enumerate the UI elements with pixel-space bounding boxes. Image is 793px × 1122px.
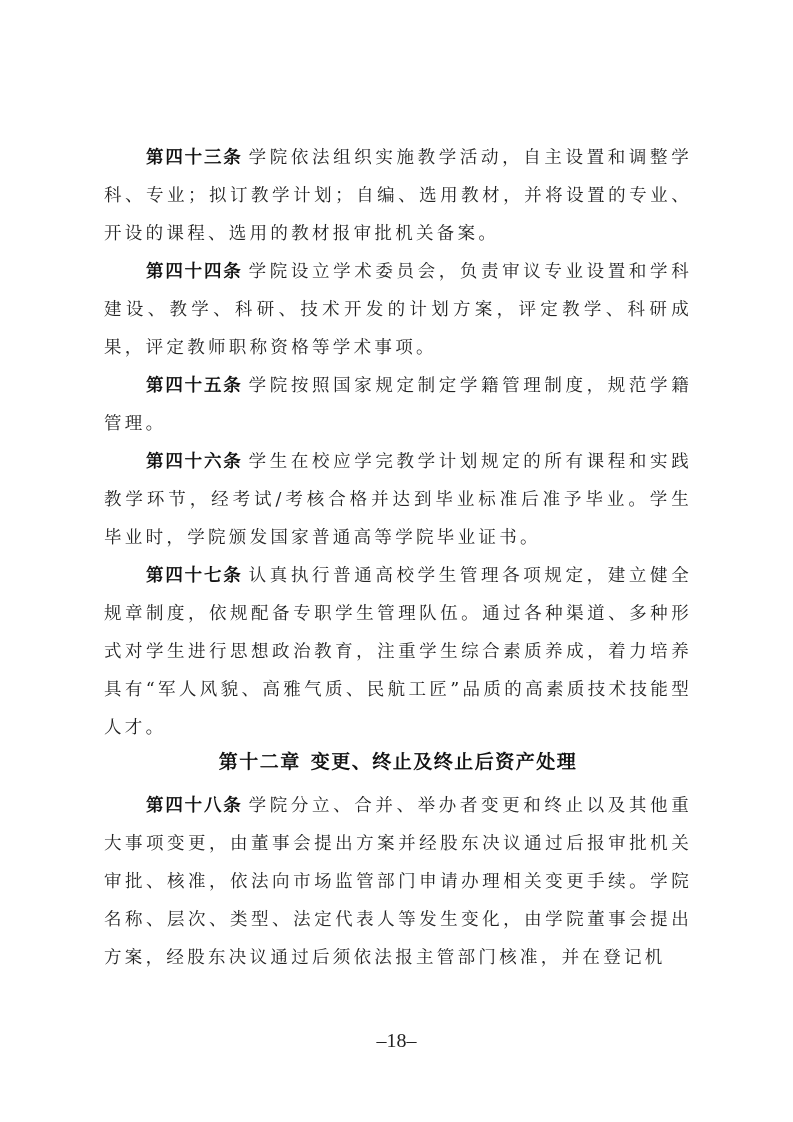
article-46: 第四十六条学生在校应学完教学计划规定的所有课程和实践教学环节，经考试/考核合格并… [104,443,692,557]
chapter-title: 变更、终止及终止后资产处理 [311,751,578,773]
page-number: –18– [0,1030,793,1053]
chapter-number: 第十二章 [219,751,301,773]
article-45: 第四十五条学院按照国家规定制定学籍管理制度，规范学籍管理。 [104,367,692,443]
article-number: 第四十七条 [146,566,243,586]
article-number: 第四十四条 [146,262,243,282]
article-47: 第四十七条认真执行普通高校学生管理各项规定，建立健全规章制度，依规配备专职学生管… [104,557,692,747]
article-48: 第四十八条学院分立、合并、举办者变更和终止以及其他重大事项变更，由董事会提出方案… [104,787,692,977]
article-43: 第四十三条学院依法组织实施教学活动，自主设置和调整学科、专业；拟订教学计划；自编… [104,139,692,253]
article-text: 学院分立、合并、举办者变更和终止以及其他重大事项变更，由董事会提出方案并经股东决… [104,796,692,968]
article-number: 第四十三条 [146,148,243,168]
body-text: 第四十三条学院依法组织实施教学活动，自主设置和调整学科、专业；拟订教学计划；自编… [104,139,692,977]
article-number: 第四十八条 [146,796,243,816]
chapter-heading: 第十二章变更、终止及终止后资产处理 [104,747,692,787]
article-text: 认真执行普通高校学生管理各项规定，建立健全规章制度，依规配备专职学生管理队伍。通… [104,566,692,738]
document-page: 第四十三条学院依法组织实施教学活动，自主设置和调整学科、专业；拟订教学计划；自编… [0,0,793,1122]
article-44: 第四十四条学院设立学术委员会，负责审议专业设置和学科建设、教学、科研、技术开发的… [104,253,692,367]
article-number: 第四十五条 [146,376,243,396]
article-number: 第四十六条 [146,452,243,472]
